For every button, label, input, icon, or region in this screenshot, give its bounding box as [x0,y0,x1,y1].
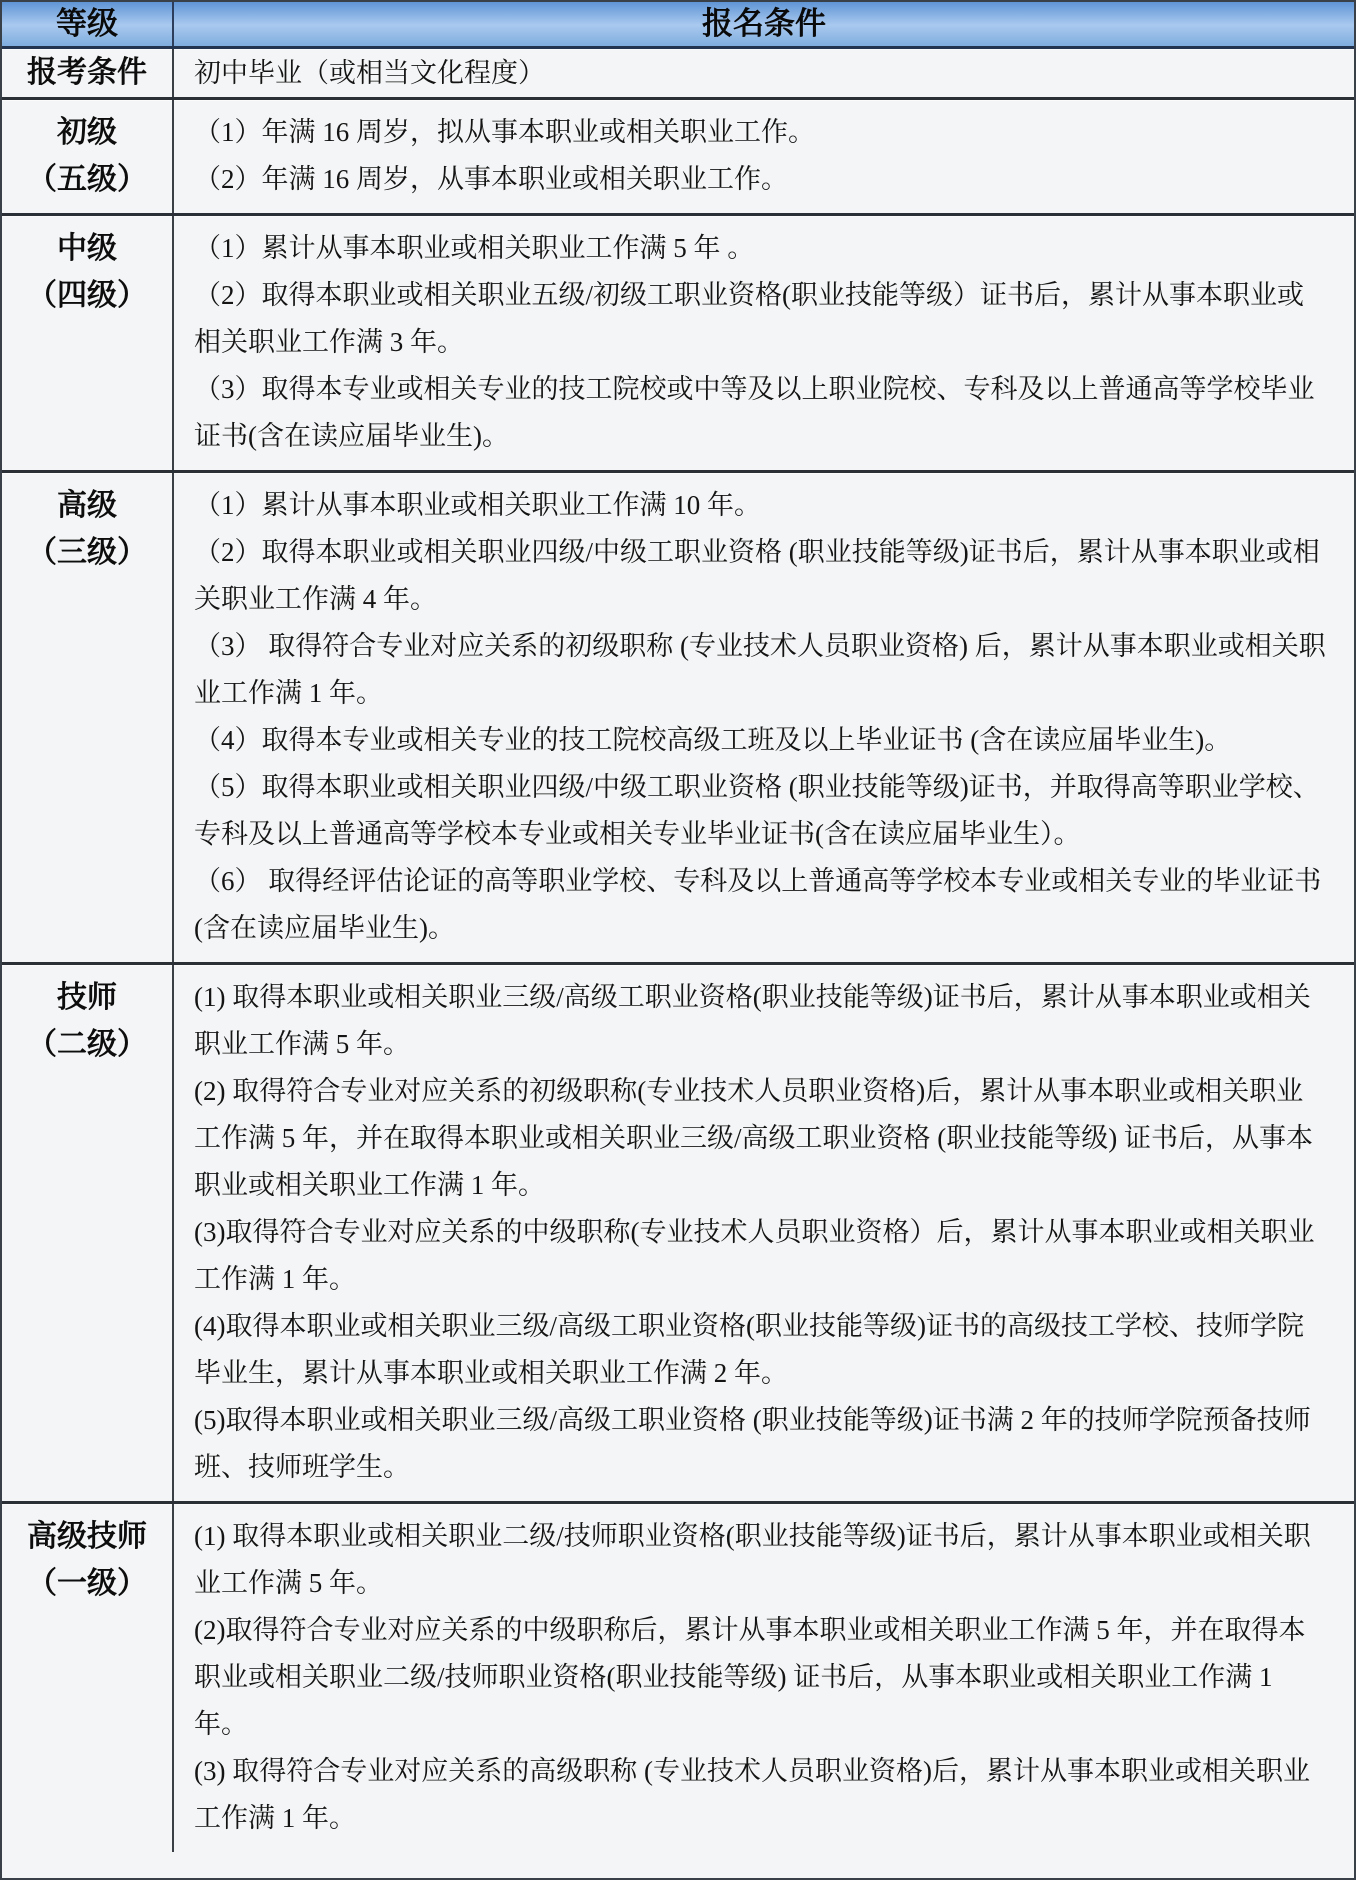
condition-line: （1）累计从事本职业或相关职业工作满 5 年 。 [194,225,1330,272]
table-row: 高级（三级）（1）累计从事本职业或相关职业工作满 10 年。（2）取得本职业或相… [2,470,1354,962]
level-cell: 中级（四级） [2,216,174,470]
level-cell: 初级（五级） [2,100,174,213]
condition-line: 初中毕业（或相当文化程度） [194,56,1330,90]
condition-line: (5)取得本职业或相关职业三级/高级工职业资格 (职业技能等级)证书满 2 年的… [194,1397,1330,1491]
level-sublevel: （二级） [27,1021,147,1068]
condition-line: （6） 取得经评估论证的高等职业学校、专科及以上普通高等学校本专业或相关专业的毕… [194,858,1330,952]
table-row: 技师（二级）(1) 取得本职业或相关职业三级/高级工职业资格(职业技能等级)证书… [2,962,1354,1501]
level-sublevel: （三级） [27,529,147,576]
level-name: 中级 [57,225,117,272]
level-sublevel: （五级） [27,156,147,203]
qualification-requirements-table: 等级 报名条件 报考条件初中毕业（或相当文化程度）初级（五级）（1）年满 16 … [0,0,1356,1880]
table-body: 报考条件初中毕业（或相当文化程度）初级（五级）（1）年满 16 周岁，拟从事本职… [2,46,1354,1852]
level-name: 初级 [57,109,117,156]
condition-line: (4)取得本职业或相关职业三级/高级工职业资格(职业技能等级)证书的高级技工学校… [194,1303,1330,1397]
condition-line: （1）累计从事本职业或相关职业工作满 10 年。 [194,482,1330,529]
condition-line: （2）取得本职业或相关职业四级/中级工职业资格 (职业技能等级)证书后，累计从事… [194,529,1330,623]
level-name: 技师 [57,974,117,1021]
table-header-row: 等级 报名条件 [2,2,1354,46]
table-row: 报考条件初中毕业（或相当文化程度） [2,46,1354,97]
condition-line: (3)取得符合专业对应关系的中级职称(专业技术人员职业资格）后，累计从事本职业或… [194,1209,1330,1303]
condition-line: （5）取得本职业或相关职业四级/中级工职业资格 (职业技能等级)证书，并取得高等… [194,764,1330,858]
condition-line: （3）取得本专业或相关专业的技工院校或中等及以上职业院校、专科及以上普通高等学校… [194,366,1330,460]
condition-line: （2）年满 16 周岁，从事本职业或相关职业工作。 [194,156,1330,203]
header-level: 等级 [2,2,174,46]
condition-line: （1）年满 16 周岁，拟从事本职业或相关职业工作。 [194,109,1330,156]
condition-line: （2）取得本职业或相关职业五级/初级工职业资格(职业技能等级）证书后，累计从事本… [194,272,1330,366]
conditions-cell: 初中毕业（或相当文化程度） [174,49,1354,97]
condition-line: （4）取得本专业或相关专业的技工院校高级工班及以上毕业证书 (含在读应届毕业生)… [194,717,1330,764]
conditions-cell: (1) 取得本职业或相关职业二级/技师职业资格(职业技能等级)证书后，累计从事本… [174,1504,1354,1852]
header-conditions: 报名条件 [174,2,1354,46]
level-sublevel: （四级） [27,272,147,319]
condition-line: (1) 取得本职业或相关职业三级/高级工职业资格(职业技能等级)证书后，累计从事… [194,974,1330,1068]
level-sublevel: （一级） [27,1560,147,1607]
level-name: 高级 [57,482,117,529]
level-cell: 报考条件 [2,49,174,97]
table-row: 初级（五级）（1）年满 16 周岁，拟从事本职业或相关职业工作。（2）年满 16… [2,97,1354,213]
level-cell: 高级（三级） [2,473,174,962]
conditions-cell: （1）累计从事本职业或相关职业工作满 5 年 。（2）取得本职业或相关职业五级/… [174,216,1354,470]
conditions-cell: (1) 取得本职业或相关职业三级/高级工职业资格(职业技能等级)证书后，累计从事… [174,965,1354,1501]
condition-line: (1) 取得本职业或相关职业二级/技师职业资格(职业技能等级)证书后，累计从事本… [194,1513,1330,1607]
table-row: 高级技师（一级）(1) 取得本职业或相关职业二级/技师职业资格(职业技能等级)证… [2,1501,1354,1852]
condition-line: (2) 取得符合专业对应关系的初级职称(专业技术人员职业资格)后，累计从事本职业… [194,1068,1330,1209]
conditions-cell: （1）累计从事本职业或相关职业工作满 10 年。（2）取得本职业或相关职业四级/… [174,473,1354,962]
condition-line: (3) 取得符合专业对应关系的高级职称 (专业技术人员职业资格)后，累计从事本职… [194,1748,1330,1842]
table-row: 中级（四级）（1）累计从事本职业或相关职业工作满 5 年 。（2）取得本职业或相… [2,213,1354,470]
condition-line: （3） 取得符合专业对应关系的初级职称 (专业技术人员职业资格) 后，累计从事本… [194,623,1330,717]
level-cell: 技师（二级） [2,965,174,1501]
level-name: 报考条件 [27,56,147,90]
condition-line: (2)取得符合专业对应关系的中级职称后，累计从事本职业或相关职业工作满 5 年，… [194,1607,1330,1748]
level-name: 高级技师 [27,1513,147,1560]
level-cell: 高级技师（一级） [2,1504,174,1852]
conditions-cell: （1）年满 16 周岁，拟从事本职业或相关职业工作。（2）年满 16 周岁，从事… [174,100,1354,213]
